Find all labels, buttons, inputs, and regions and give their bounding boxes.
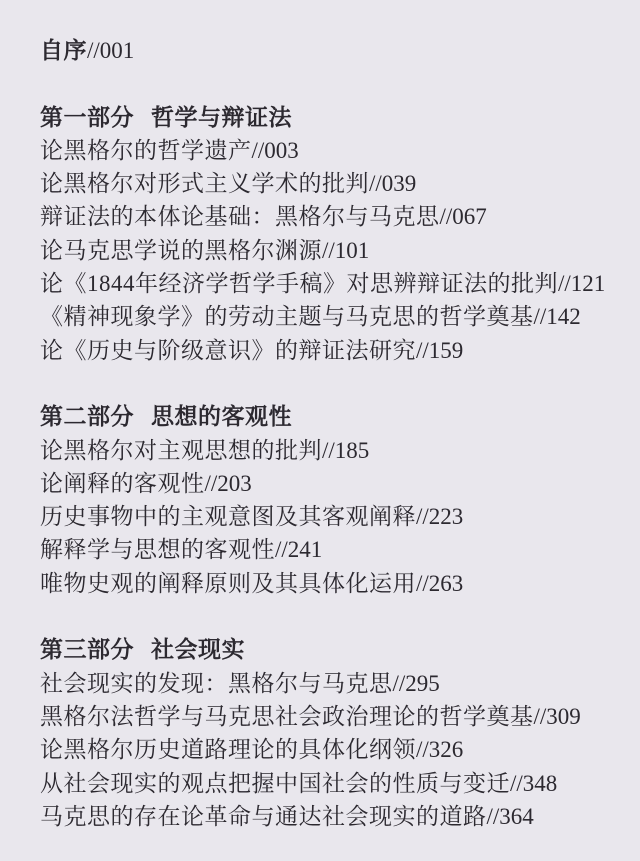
- section-gap: [40, 367, 612, 400]
- section-name: 哲学与辩证法: [151, 105, 292, 130]
- toc-separator: //: [322, 238, 335, 263]
- toc-separator: //: [87, 38, 100, 63]
- toc-entry-title: 论黑格尔历史道路理论的具体化纲领: [40, 737, 416, 762]
- toc-entry-title: 从社会现实的观点把握中国社会的性质与变迁: [40, 771, 510, 796]
- toc-entry: 从社会现实的观点把握中国社会的性质与变迁//348: [40, 767, 612, 800]
- toc-page-number: 185: [335, 438, 370, 463]
- toc-entry-title: 论《历史与阶级意识》的辩证法研究: [40, 338, 416, 363]
- toc-entry: 黑格尔法哲学与马克思社会政治理论的哲学奠基//309: [40, 700, 612, 733]
- toc-entry: 论黑格尔对主观思想的批判//185: [40, 434, 612, 467]
- toc-section-heading-3: 第三部分社会现实: [40, 633, 612, 666]
- toc-separator: //: [322, 438, 335, 463]
- section-gap: [40, 600, 612, 633]
- toc-page-number: 326: [429, 737, 464, 762]
- toc-separator: //: [558, 271, 571, 296]
- toc-page: 自序//001 第一部分哲学与辩证法 论黑格尔的哲学遗产//003 论黑格尔对形…: [0, 0, 640, 861]
- toc-section-heading-1: 第一部分哲学与辩证法: [40, 101, 612, 134]
- toc-entry: 论《1844年经济学哲学手稿》对思辨辩证法的批判//121: [40, 267, 612, 300]
- toc-separator: //: [510, 771, 523, 796]
- toc-entry: 论《历史与阶级意识》的辩证法研究//159: [40, 334, 612, 367]
- toc-page-number: 295: [405, 671, 440, 696]
- toc-entry-title: 辩证法的本体论基础：黑格尔与马克思: [40, 204, 440, 229]
- toc-page-number: 364: [499, 804, 534, 829]
- toc-page-number: 348: [523, 771, 558, 796]
- toc-entry: 论黑格尔的哲学遗产//003: [40, 134, 612, 167]
- toc-entry-title: 论马克思学说的黑格尔渊源: [40, 238, 322, 263]
- toc-entry-title: 唯物史观的阐释原则及其具体化运用: [40, 571, 416, 596]
- toc-entry: 辩证法的本体论基础：黑格尔与马克思//067: [40, 200, 612, 233]
- toc-separator: //: [393, 671, 406, 696]
- toc-page-number: 241: [288, 537, 323, 562]
- toc-section-heading-2: 第二部分思想的客观性: [40, 400, 612, 433]
- toc-entry: 社会现实的发现：黑格尔与马克思//295: [40, 667, 612, 700]
- toc-entry-preface: 自序//001: [40, 34, 612, 67]
- section-gap: [40, 67, 612, 100]
- toc-entry-title: 论黑格尔对主观思想的批判: [40, 438, 322, 463]
- section-label: 第二部分: [40, 404, 134, 429]
- toc-entry: 论黑格尔历史道路理论的具体化纲领//326: [40, 733, 612, 766]
- toc-separator: //: [416, 338, 429, 363]
- section-label: 第三部分: [40, 637, 134, 662]
- toc-page-number: 203: [217, 471, 252, 496]
- toc-entry-title: 论阐释的客观性: [40, 471, 205, 496]
- toc-entry: 唯物史观的阐释原则及其具体化运用//263: [40, 567, 612, 600]
- toc-page-number: 001: [100, 38, 135, 63]
- toc-entry-title: 黑格尔法哲学与马克思社会政治理论的哲学奠基: [40, 704, 534, 729]
- toc-page-number: 263: [429, 571, 464, 596]
- toc-separator: //: [275, 537, 288, 562]
- toc-separator: //: [440, 204, 453, 229]
- toc-page-number: 223: [429, 504, 464, 529]
- toc-page-number: 309: [546, 704, 581, 729]
- toc-entry-title: 《精神现象学》的劳动主题与马克思的哲学奠基: [40, 304, 534, 329]
- toc-entry: 论黑格尔对形式主义学术的批判//039: [40, 167, 612, 200]
- toc-page-number: 067: [452, 204, 487, 229]
- toc-entry-title: 自序: [40, 38, 87, 63]
- toc-entry: 马克思的存在论革命与通达社会现实的道路//364: [40, 800, 612, 833]
- toc-separator: //: [252, 138, 265, 163]
- toc-separator: //: [534, 704, 547, 729]
- toc-separator: //: [534, 304, 547, 329]
- toc-page-number: 159: [429, 338, 464, 363]
- toc-entry-title: 社会现实的发现：黑格尔与马克思: [40, 671, 393, 696]
- toc-page-number: 003: [264, 138, 299, 163]
- section-label: 第一部分: [40, 105, 134, 130]
- toc-separator: //: [487, 804, 500, 829]
- toc-page-number: 101: [335, 238, 370, 263]
- toc-entry: 《精神现象学》的劳动主题与马克思的哲学奠基//142: [40, 300, 612, 333]
- toc-entry-title: 历史事物中的主观意图及其客观阐释: [40, 504, 416, 529]
- toc-separator: //: [205, 471, 218, 496]
- toc-page-number: 039: [382, 171, 417, 196]
- toc-separator: //: [416, 571, 429, 596]
- section-name: 思想的客观性: [151, 404, 292, 429]
- section-name: 社会现实: [151, 637, 245, 662]
- toc-page-number: 121: [571, 271, 606, 296]
- toc-entry: 解释学与思想的客观性//241: [40, 533, 612, 566]
- toc-separator: //: [416, 504, 429, 529]
- toc-entry-title: 论《1844年经济学哲学手稿》对思辨辩证法的批判: [40, 271, 558, 296]
- toc-entry-title: 解释学与思想的客观性: [40, 537, 275, 562]
- toc-entry: 论马克思学说的黑格尔渊源//101: [40, 234, 612, 267]
- toc-page-number: 142: [546, 304, 581, 329]
- toc-entry-title: 论黑格尔的哲学遗产: [40, 138, 252, 163]
- toc-entry-title: 马克思的存在论革命与通达社会现实的道路: [40, 804, 487, 829]
- toc-entry: 历史事物中的主观意图及其客观阐释//223: [40, 500, 612, 533]
- toc-separator: //: [416, 737, 429, 762]
- toc-entry-title: 论黑格尔对形式主义学术的批判: [40, 171, 369, 196]
- toc-separator: //: [369, 171, 382, 196]
- toc-entry: 论阐释的客观性//203: [40, 467, 612, 500]
